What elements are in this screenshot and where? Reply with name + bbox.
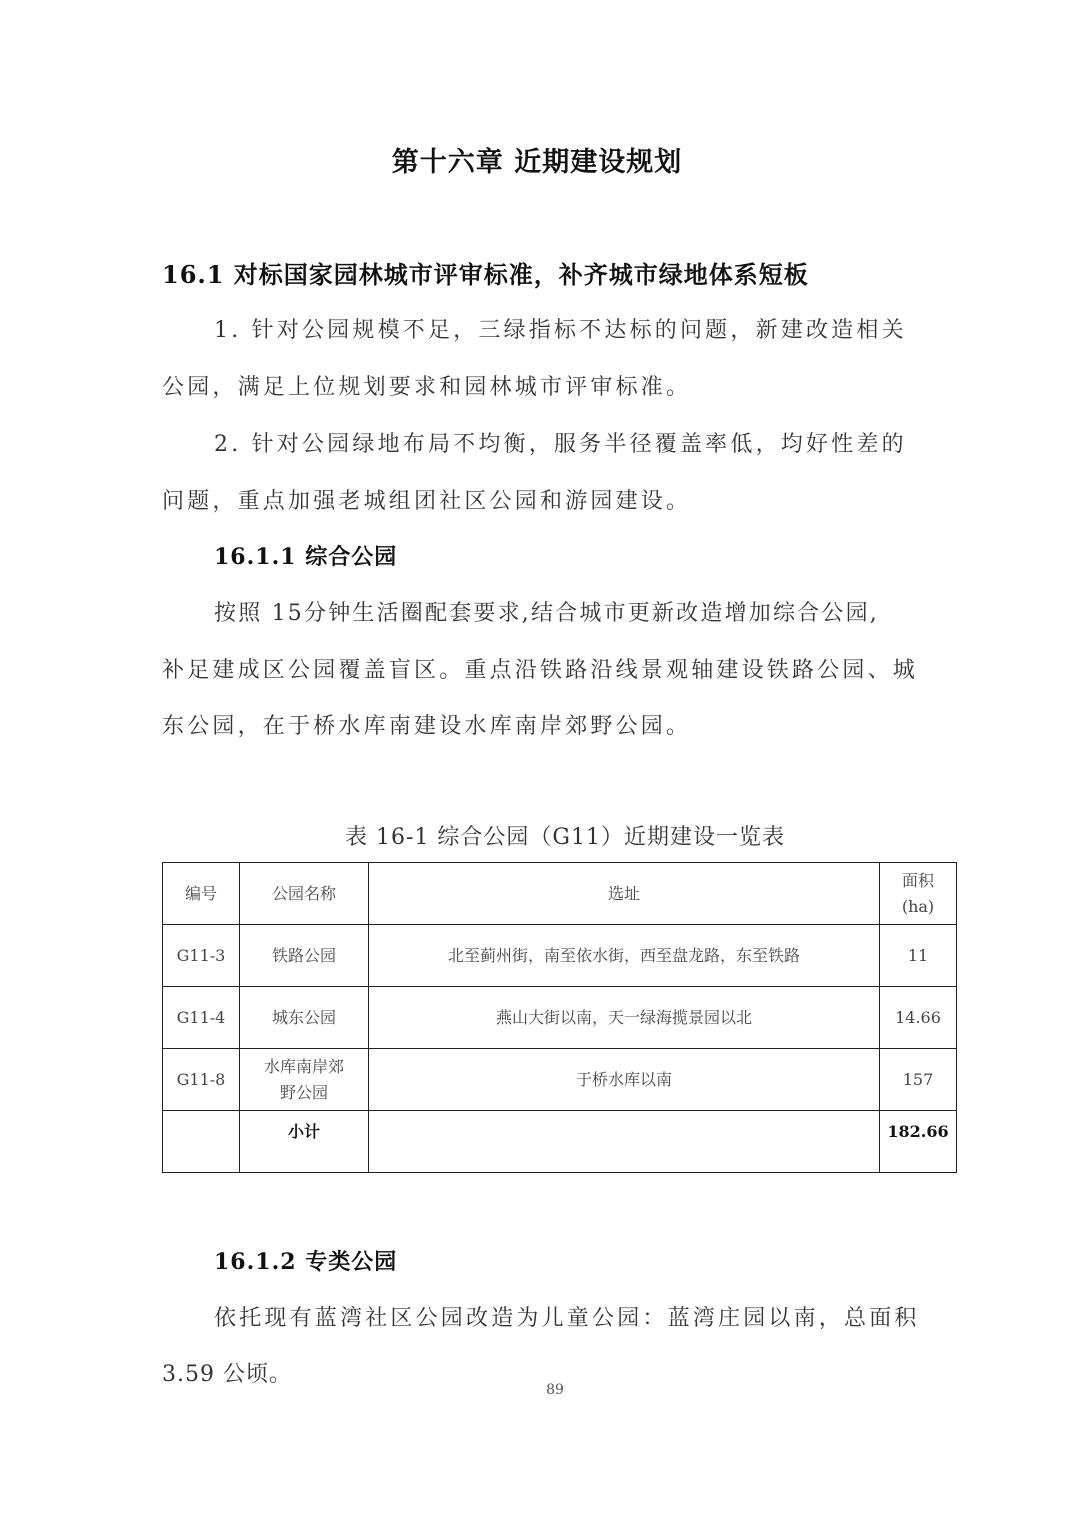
cell-area: 11 (880, 925, 957, 987)
subsection-heading-comprehensive-parks: 16.1.1 综合公园 (214, 540, 397, 571)
cell-empty (163, 1111, 240, 1173)
paragraph-2-line-2: 问题，重点加强老城组团社区公园和游园建设。 (162, 484, 691, 515)
subsection2-line-1: 依托现有蓝湾社区公园改造为儿童公园：蓝湾庄园以南，总面积 (214, 1301, 920, 1332)
table-row: G11-4 城东公园 燕山大街以南，天一绿海揽景园以北 14.66 (163, 987, 957, 1049)
table-row: G11-3 铁路公园 北至蓟州街，南至依水街，西至盘龙路，东至铁路 11 (163, 925, 957, 987)
subsection-heading-specialized-parks: 16.1.2 专类公园 (214, 1245, 397, 1276)
table-subtotal-row: 小计 182.66 (163, 1111, 957, 1173)
cell-location: 于桥水库以南 (369, 1049, 880, 1111)
subsection1-line-1: 按照 15分钟生活圈配套要求,结合城市更新改造增加综合公园, (214, 596, 879, 627)
cell-area: 157 (880, 1049, 957, 1111)
subtotal-label: 小计 (240, 1111, 369, 1173)
table-header-row: 编号 公园名称 选址 面积 (ha) (163, 863, 957, 925)
cell-park-name: 城东公园 (240, 987, 369, 1049)
cell-area: 14.66 (880, 987, 957, 1049)
section-heading: 16.1 对标国家园林城市评审标准，补齐城市绿地体系短板 (162, 255, 809, 290)
cell-empty (369, 1111, 880, 1173)
cell-id: G11-4 (163, 987, 240, 1049)
table-row: G11-8 水库南岸郊 野公园 于桥水库以南 157 (163, 1049, 957, 1111)
park-name-line-1: 水库南岸郊 (244, 1054, 364, 1080)
subtotal-area: 182.66 (880, 1111, 957, 1173)
paragraph-1-line-1: 1. 针对公园规模不足，三绿指标不达标的问题，新建改造相关 (214, 313, 907, 344)
subsection1-line-2: 补足建成区公园覆盖盲区。重点沿铁路沿线景观轴建设铁路公园、城 (162, 653, 918, 684)
cell-id: G11-8 (163, 1049, 240, 1111)
header-location: 选址 (369, 863, 880, 925)
header-id: 编号 (163, 863, 240, 925)
cell-park-name: 铁路公园 (240, 925, 369, 987)
cell-location: 北至蓟州街，南至依水街，西至盘龙路，东至铁路 (369, 925, 880, 987)
cell-park-name: 水库南岸郊 野公园 (240, 1049, 369, 1111)
paragraph-1-line-2: 公园，满足上位规划要求和园林城市评审标准。 (162, 370, 691, 401)
header-area-unit: (ha) (884, 894, 952, 920)
header-park-name: 公园名称 (240, 863, 369, 925)
table-caption: 表 16-1 综合公园（G11）近期建设一览表 (0, 820, 1074, 851)
cell-id: G11-3 (163, 925, 240, 987)
cell-location: 燕山大街以南，天一绿海揽景园以北 (369, 987, 880, 1049)
subsection1-line-3: 东公园，在于桥水库南建设水库南岸郊野公园。 (162, 709, 691, 740)
header-area: 面积 (ha) (880, 863, 957, 925)
paragraph-2-line-1: 2. 针对公园绿地布局不均衡，服务半径覆盖率低，均好性差的 (214, 427, 907, 458)
park-construction-table: 编号 公园名称 选址 面积 (ha) G11-3 铁路公园 北至蓟州街，南至依水… (162, 862, 957, 1173)
park-name-line-2: 野公园 (244, 1080, 364, 1106)
chapter-title: 第十六章 近期建设规划 (0, 140, 1074, 179)
page-number: 89 (0, 1382, 1074, 1398)
header-area-label: 面积 (884, 868, 952, 894)
